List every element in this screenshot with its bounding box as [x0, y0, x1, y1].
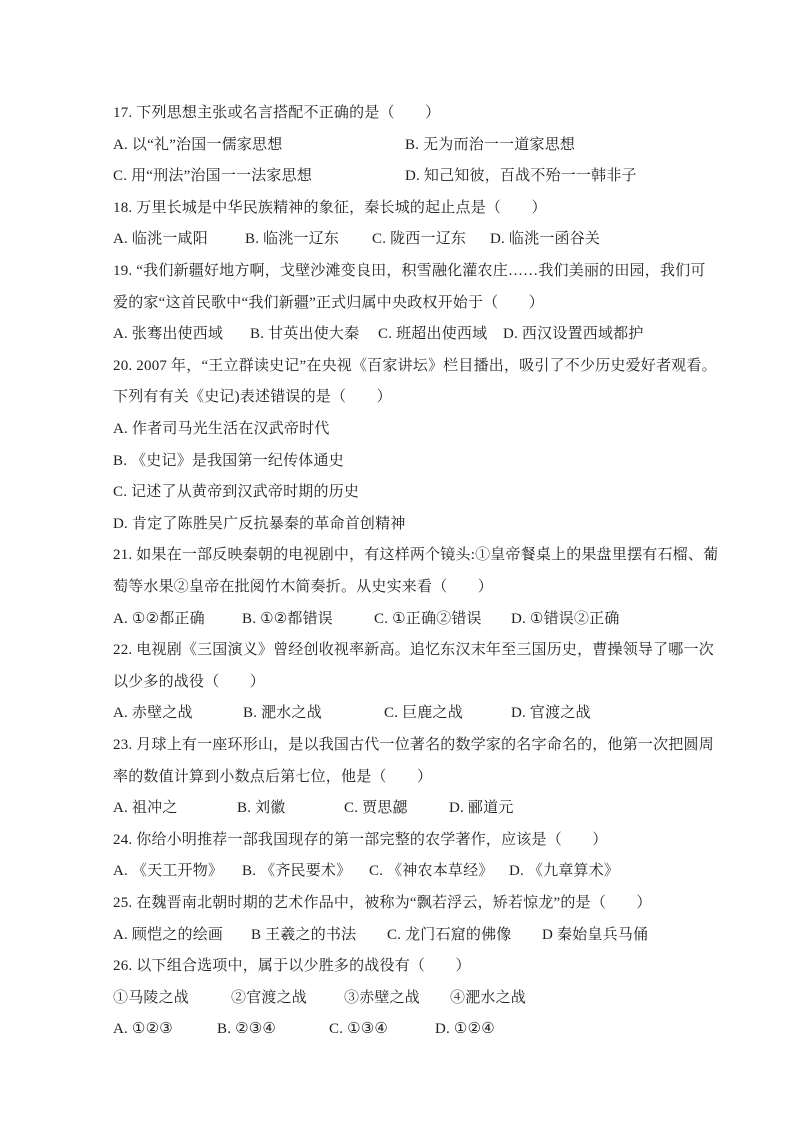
q20-option-d: D. 肯定了陈胜吴广反抗暴秦的革命首创精神 [113, 509, 406, 541]
q20-stem-line-0: 20. 2007 年，“王立群读史记”在央视《百家讲坛》栏目播出，吸引了不少历史… [113, 351, 717, 383]
q26-item-3: ③赤壁之战 [344, 983, 420, 1015]
q23-stem-line-1: 率的数值计算到小数点后第七位，他是（ ） [113, 762, 432, 794]
q18-option-d: D. 临洮一函谷关 [490, 224, 600, 256]
q19-option-a: A. 张骞出使西域 [113, 319, 223, 351]
question-23-line-2: A. 祖冲之B. 刘徽C. 贾思勰D. 郦道元 [0, 793, 793, 825]
q17-option-b: B. 无为而治一一道家思想 [405, 130, 575, 162]
question-17-line-0: 17. 下列思想主张或名言搭配不正确的是（ ） [0, 98, 793, 130]
q26-option-b: B. ②③④ [217, 1014, 276, 1046]
question-24-line-0: 24. 你给小明推荐一部我国现存的第一部完整的农学著作，应该是（ ） [0, 825, 793, 857]
question-20-line-3: B. 《史记》是我国第一纪传体通史 [0, 446, 793, 478]
q25-option-a: A. 顾恺之的绘画 [113, 920, 223, 952]
question-25-line-1: A. 顾恺之的绘画B 王羲之的书法C. 龙门石窟的佛像D 秦始皇兵马俑 [0, 920, 793, 952]
q21-stem-line-0: 21. 如果在一部反映秦朝的电视剧中，有这样两个镜头:①皇帝餐桌上的果盘里摆有石… [113, 540, 718, 572]
q26-item-1: ①马陵之战 [113, 983, 189, 1015]
question-22-line-2: A. 赤壁之战B. 淝水之战C. 巨鹿之战D. 官渡之战 [0, 698, 793, 730]
q25-option-c: C. 龙门石窟的佛像 [387, 920, 512, 952]
question-22-line-0: 22. 电视剧《三国演义》曾经创收视率新高。追忆东汉末年至三国历史，曹操领导了哪… [0, 635, 793, 667]
question-20-line-1: 下列有有关《史记)表述错误的是（ ） [0, 382, 793, 414]
question-19-line-2: A. 张骞出使西域B. 甘英出使大秦C. 班超出使西域D. 西汉设置西域都护 [0, 319, 793, 351]
q18-option-a: A. 临洮一咸阳 [113, 224, 208, 256]
question-26-line-2: A. ①②③B. ②③④C. ①③④D. ①②④ [0, 1014, 793, 1046]
question-21-line-0: 21. 如果在一部反映秦朝的电视剧中，有这样两个镜头:①皇帝餐桌上的果盘里摆有石… [0, 540, 793, 572]
q26-item-2: ②官渡之战 [231, 983, 307, 1015]
question-20-line-2: A. 作者司马光生活在汉武帝时代 [0, 414, 793, 446]
question-26-line-1: ①马陵之战②官渡之战③赤壁之战④淝水之战 [0, 983, 793, 1015]
q25-option-b: B 王羲之的书法 [251, 920, 356, 952]
q26-stem-line-0: 26. 以下组合选项中，属于以少胜多的战役有（ ） [113, 951, 471, 983]
q19-stem-line-0: 19. “我们新疆好地方啊，戈壁沙滩变良田，积雪融化灌农庄……我们美丽的田园，我… [113, 256, 706, 288]
q24-option-a: A. 《天工开物》 [113, 856, 223, 888]
q22-stem-line-1: 以少多的战役（ ） [113, 667, 265, 699]
q23-stem-line-0: 23. 月球上有一座环形山，是以我国古代一位著名的数学家的名字命名的，他第一次把… [113, 730, 714, 762]
q22-option-c: C. 巨鹿之战 [384, 698, 463, 730]
q17-option-c: C. 用“刑法”治国一一法家思想 [113, 161, 312, 193]
q19-option-d: D. 西汉设置西域都护 [503, 319, 644, 351]
q22-option-a: A. 赤壁之战 [113, 698, 193, 730]
q23-option-b: B. 刘徽 [237, 793, 286, 825]
q18-stem-line-0: 18. 万里长城是中华民族精神的象征，秦长城的起止点是（ ） [113, 193, 547, 225]
q19-option-b: B. 甘英出使大秦 [250, 319, 359, 351]
question-21-line-1: 萄等水果②皇帝在批阅竹木简奏折。从史实来看（ ） [0, 572, 793, 604]
q24-stem-line-0: 24. 你给小明推荐一部我国现存的第一部完整的农学著作，应该是（ ） [113, 825, 608, 857]
question-20-line-4: C. 记述了从黄帝到汉武帝时期的历史 [0, 477, 793, 509]
q20-option-c: C. 记述了从黄帝到汉武帝时期的历史 [113, 477, 359, 509]
q20-option-a: A. 作者司马光生活在汉武帝时代 [113, 414, 330, 446]
question-22-line-1: 以少多的战役（ ） [0, 667, 793, 699]
q26-option-d: D. ①②④ [435, 1014, 495, 1046]
q23-option-d: D. 郦道元 [449, 793, 514, 825]
q26-item-4: ④淝水之战 [450, 983, 526, 1015]
question-26-line-0: 26. 以下组合选项中，属于以少胜多的战役有（ ） [0, 951, 793, 983]
q25-option-d: D 秦始皇兵马俑 [542, 920, 648, 952]
q17-option-d: D. 知己知彼，百战不殆一一韩非子 [405, 161, 637, 193]
q26-option-c: C. ①③④ [329, 1014, 388, 1046]
q21-stem-line-1: 萄等水果②皇帝在批阅竹木简奏折。从史实来看（ ） [113, 572, 493, 604]
question-21-line-2: A. ①②都正确B. ①②都错误C. ①正确②错误D. ①错误②正确 [0, 604, 793, 636]
q25-stem-line-0: 25. 在魏晋南北朝时期的艺术作品中，被称为“飘若浮云，矫若惊龙”的是（ ） [113, 888, 652, 920]
q17-stem-line-0: 17. 下列思想主张或名言搭配不正确的是（ ） [113, 98, 440, 130]
question-20-line-5: D. 肯定了陈胜吴广反抗暴秦的革命首创精神 [0, 509, 793, 541]
question-19-line-1: 爱的家“这首民歌中“我们新疆”正式归属中央政权开始于（ ） [0, 288, 793, 320]
exam-page: 17. 下列思想主张或名言搭配不正确的是（ ）A. 以“礼”治国一儒家思想B. … [0, 0, 793, 1122]
question-20-line-0: 20. 2007 年，“王立群读史记”在央视《百家讲坛》栏目播出，吸引了不少历史… [0, 351, 793, 383]
question-18-line-0: 18. 万里长城是中华民族精神的象征，秦长城的起止点是（ ） [0, 193, 793, 225]
q24-option-b: B. 《齐民要术》 [242, 856, 351, 888]
q18-option-c: C. 陇西一辽东 [372, 224, 466, 256]
q22-option-b: B. 淝水之战 [243, 698, 322, 730]
q17-option-a: A. 以“礼”治国一儒家思想 [113, 130, 282, 162]
q21-option-a: A. ①②都正确 [113, 604, 205, 636]
question-19-line-0: 19. “我们新疆好地方啊，戈壁沙滩变良田，积雪融化灌农庄……我们美丽的田园，我… [0, 256, 793, 288]
q19-option-c: C. 班超出使西域 [378, 319, 487, 351]
question-25-line-0: 25. 在魏晋南北朝时期的艺术作品中，被称为“飘若浮云，矫若惊龙”的是（ ） [0, 888, 793, 920]
question-24-line-1: A. 《天工开物》B. 《齐民要术》C. 《神农本草经》D. 《九章算术》 [0, 856, 793, 888]
question-17-line-2: C. 用“刑法”治国一一法家思想D. 知己知彼，百战不殆一一韩非子 [0, 161, 793, 193]
q18-option-b: B. 临洮一辽东 [245, 224, 339, 256]
question-17-line-1: A. 以“礼”治国一儒家思想B. 无为而治一一道家思想 [0, 130, 793, 162]
q21-option-c: C. ①正确②错误 [374, 604, 482, 636]
q22-stem-line-0: 22. 电视剧《三国演义》曾经创收视率新高。追忆东汉末年至三国历史，曹操领导了哪… [113, 635, 714, 667]
q20-stem-line-1: 下列有有关《史记)表述错误的是（ ） [113, 382, 392, 414]
q23-option-c: C. 贾思勰 [344, 793, 408, 825]
q23-option-a: A. 祖冲之 [113, 793, 178, 825]
q24-option-c: C. 《神农本草经》 [369, 856, 494, 888]
question-18-line-1: A. 临洮一咸阳B. 临洮一辽东C. 陇西一辽东D. 临洮一函谷关 [0, 224, 793, 256]
q20-option-b: B. 《史记》是我国第一纪传体通史 [113, 446, 344, 478]
q22-option-d: D. 官渡之战 [511, 698, 591, 730]
q21-option-d: D. ①错误②正确 [511, 604, 620, 636]
question-23-line-0: 23. 月球上有一座环形山，是以我国古代一位著名的数学家的名字命名的，他第一次把… [0, 730, 793, 762]
q26-option-a: A. ①②③ [113, 1014, 173, 1046]
q24-option-d: D. 《九章算术》 [509, 856, 619, 888]
q19-stem-line-1: 爱的家“这首民歌中“我们新疆”正式归属中央政权开始于（ ） [113, 288, 544, 320]
q21-option-b: B. ①②都错误 [242, 604, 333, 636]
question-23-line-1: 率的数值计算到小数点后第七位，他是（ ） [0, 762, 793, 794]
